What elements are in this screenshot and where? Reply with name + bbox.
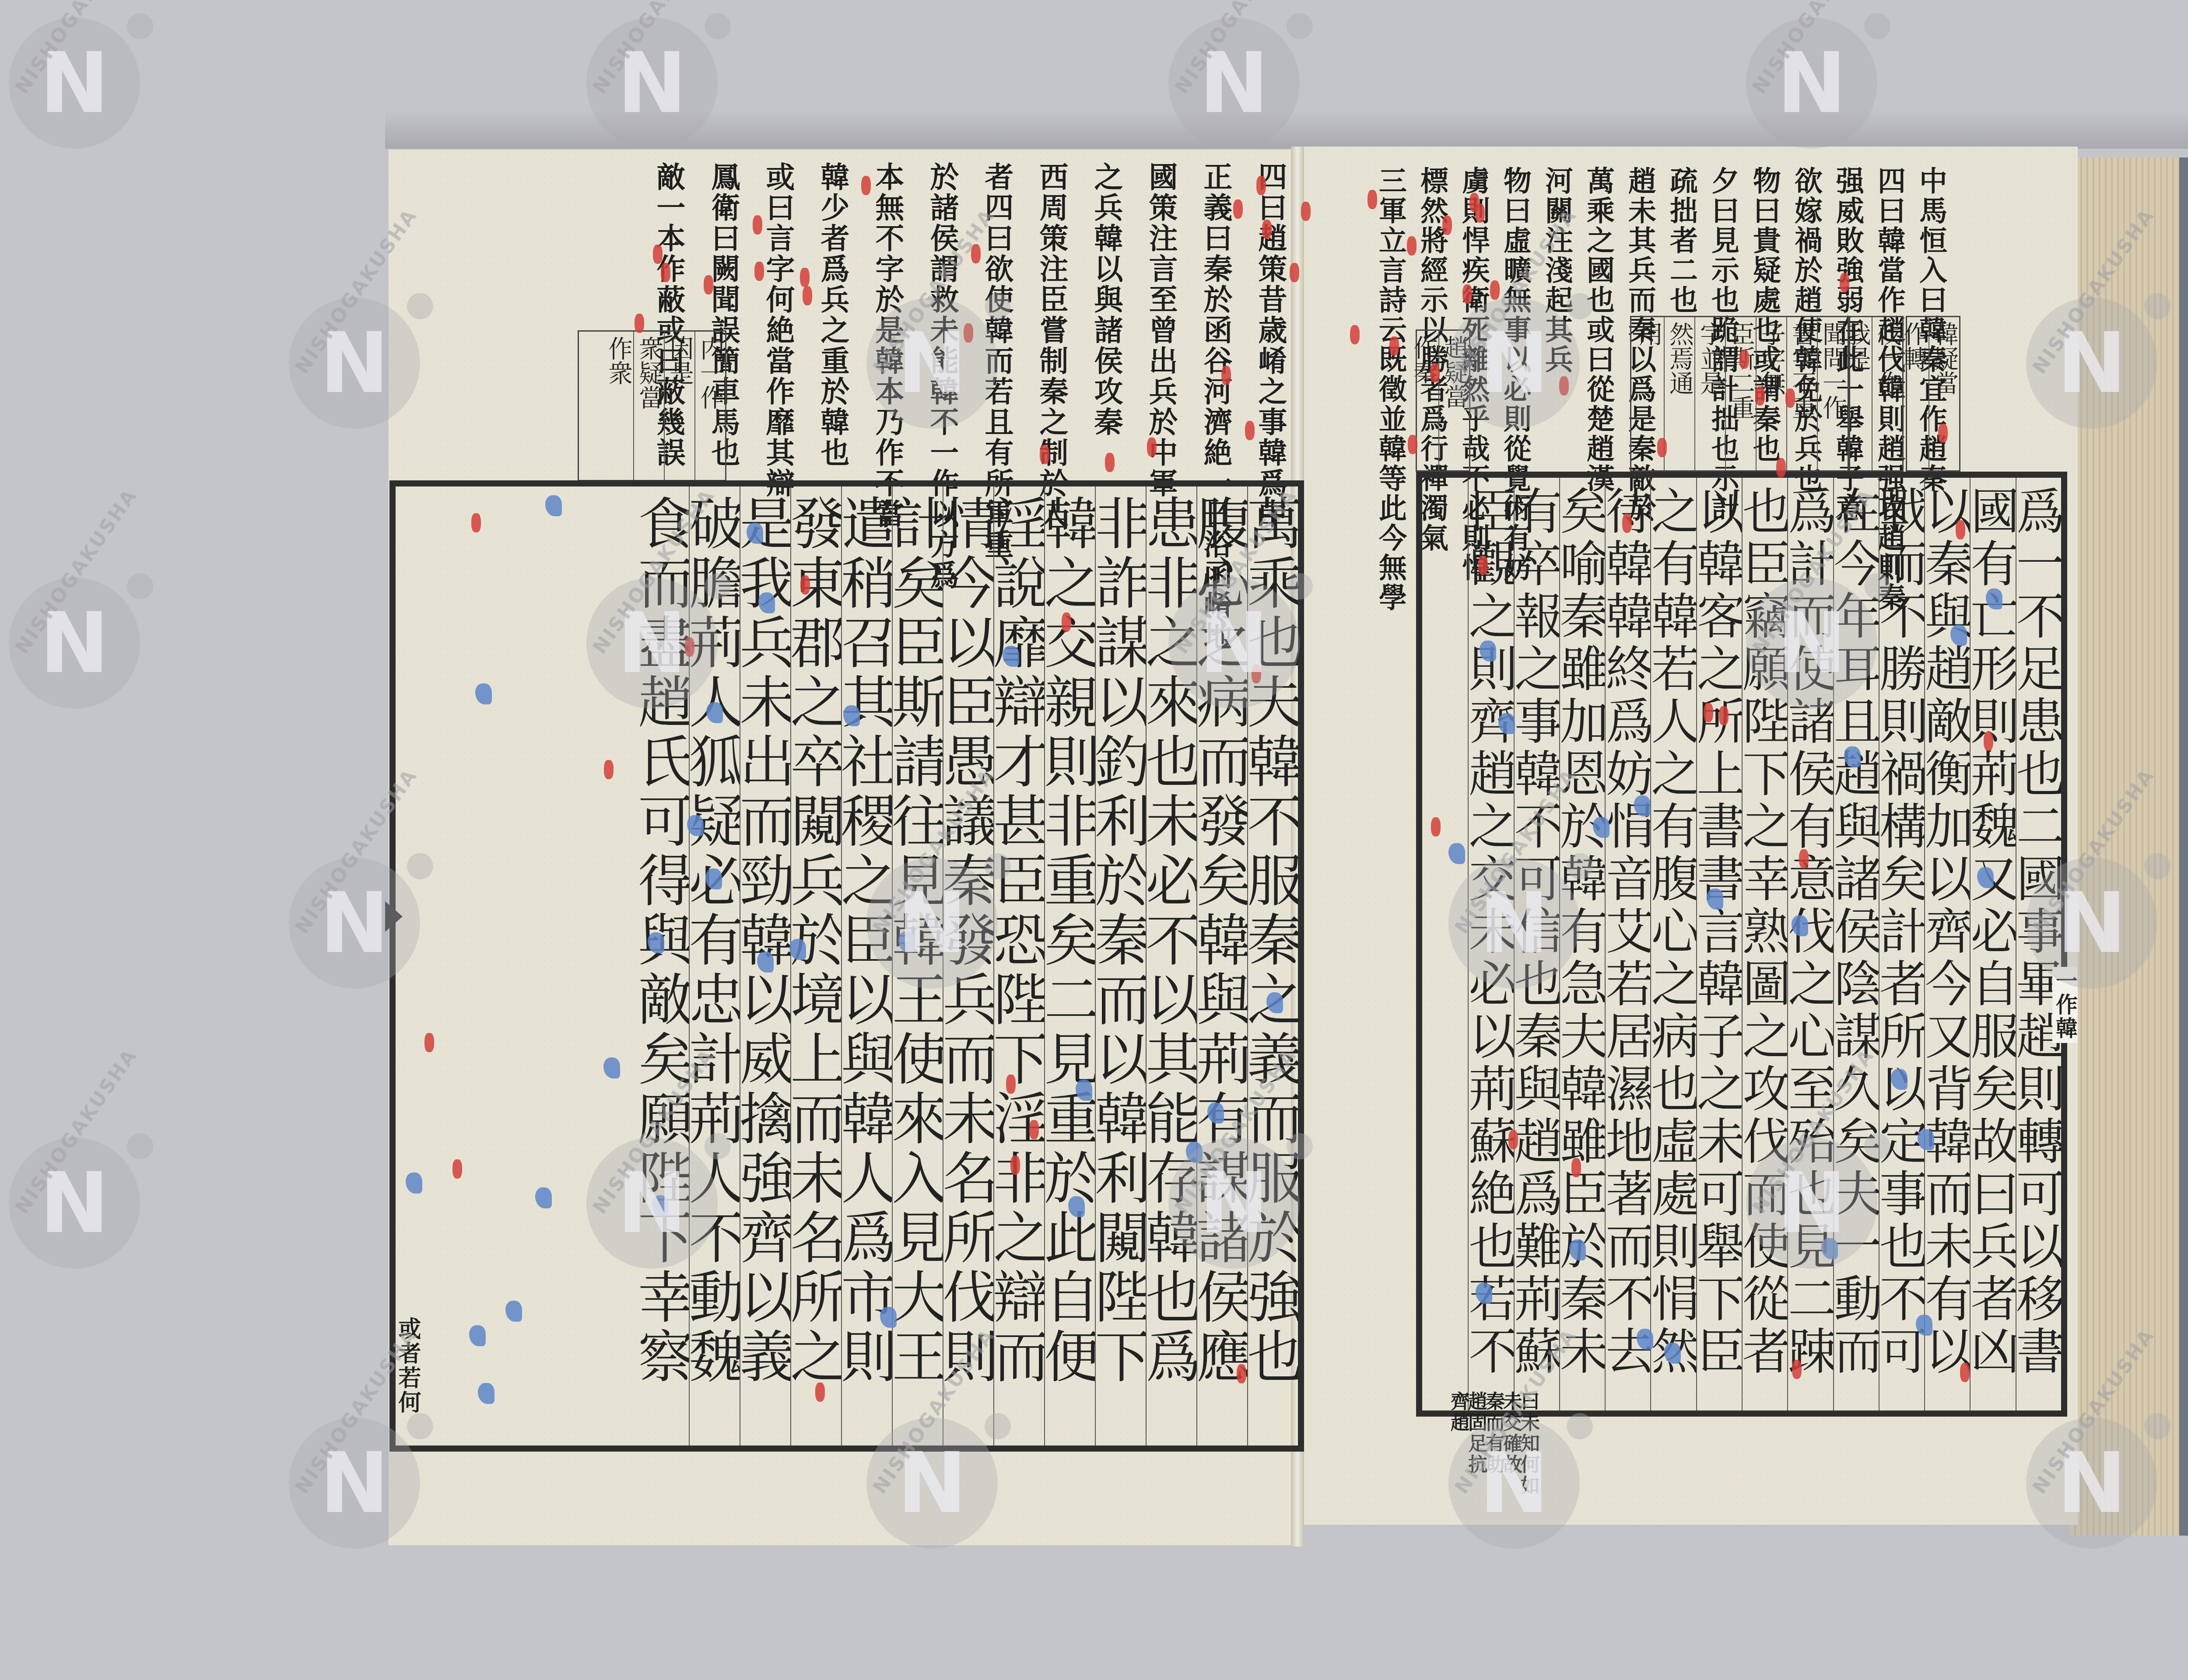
red-punctuation-mark (803, 286, 812, 305)
red-punctuation-mark (1755, 386, 1765, 406)
red-punctuation-mark (1960, 1363, 1970, 1382)
red-punctuation-mark (971, 244, 981, 263)
boxed-note-col: 我是 (1842, 317, 1872, 470)
red-punctuation-mark (815, 1382, 825, 1402)
text-column: 非詐謀以釣利於秦而以韓利闚陛下闚陛下以求韓利夫秦 (1095, 486, 1146, 1445)
watermark-n-glyph: N (319, 315, 389, 412)
watermark-text: NISHOGAKUSHA (11, 0, 142, 98)
watermark-dot (127, 573, 153, 599)
red-punctuation-mark (661, 263, 670, 282)
blue-punctuation-mark (1792, 915, 1808, 936)
watermark-dot (127, 1133, 153, 1159)
red-punctuation-mark (1622, 514, 1632, 533)
blue-punctuation-mark (505, 1301, 522, 1322)
red-punctuation-mark (1029, 1120, 1039, 1139)
boxed-note-col: 内一作 (694, 332, 725, 480)
header-note-column: 四曰趙策昔歳崤之事韓爲中 (1256, 162, 1285, 529)
book-top-shadow (385, 109, 2188, 149)
red-punctuation-mark (1237, 1364, 1246, 1383)
text-column: 矣喻秦雖加恩於韓有急夫韓雖臣於秦未嘗不爲秦病今若 (1559, 478, 1605, 1410)
red-punctuation-mark (1719, 706, 1729, 725)
left-text-frame: 萬乘也夫韓不服秦之義而服於強也今專於齊趙則韓必爲 腹心之病而發矣韓與荊有謀諸侯應… (389, 480, 1304, 1452)
red-punctuation-mark (1442, 216, 1452, 235)
text-column: 患非之來也未必不以其能存韓也爲重於韓也辯說屬辭飾 (1146, 486, 1196, 1445)
red-punctuation-mark (1367, 190, 1377, 209)
red-punctuation-mark (1704, 703, 1713, 722)
side-tab-note: 一作韓 (2052, 967, 2078, 1043)
text-column: 淫說靡辯才甚臣恐陛下淫非之辯而聽其盜心因不詳察事 (993, 486, 1044, 1445)
red-punctuation-mark (1776, 458, 1786, 477)
right-boxed-note: 趙疑當 作秦 (1416, 329, 1470, 472)
right-boxed-note: 伐一作 我是 (1849, 316, 1904, 472)
header-note-column: 韓少者爲兵之重於韓也 (818, 162, 847, 468)
header-note-column: 疏拙者二也 (1667, 166, 1695, 315)
watermark-logo: NNISHOGAKUSHA (9, 17, 140, 149)
watermark-text: NISHOGAKUSHA (11, 484, 142, 658)
header-note-column: 河關注淺起其兵 (1543, 166, 1571, 374)
red-punctuation-mark (861, 176, 871, 195)
watermark-n-glyph: N (39, 595, 109, 692)
red-punctuation-mark (1430, 363, 1440, 382)
text-column: 計矣臣斯請往見韓王使來入見大王見因內其身而勿 (892, 486, 943, 1445)
red-punctuation-mark (1559, 376, 1569, 395)
red-punctuation-mark (685, 637, 694, 657)
boxed-note-col: 伐一作 (1872, 317, 1902, 470)
red-punctuation-mark (635, 314, 644, 333)
red-punctuation-mark (452, 1159, 462, 1179)
boxed-note-col: 作轉 (1899, 317, 1929, 470)
watermark-text: NISHOGAKUSHA (1748, 0, 1879, 98)
text-column: 之有韓若人之有腹心之病也虛處則悁然若居濕地著而不去以極走則發矣 (1650, 478, 1696, 1410)
book-fore-edge (2070, 157, 2188, 1536)
watermark-dot (127, 13, 153, 39)
watermark-n-glyph: N (319, 1435, 389, 1532)
boxed-note-col: 作衆 (603, 332, 633, 480)
red-punctuation-mark (1290, 263, 1299, 282)
text-column: 腹心之病而發矣韓與荊有謀諸侯應之則秦必復見崤塞之 (1196, 486, 1247, 1445)
text-column: 以韓客之所上書書言韓子之未可舉下臣斯甚以爲不然秦 (1696, 478, 1742, 1410)
red-punctuation-mark (753, 215, 762, 234)
boxed-note-col: 趙疑當 (1438, 331, 1469, 470)
red-punctuation-mark (1462, 284, 1472, 304)
watermark-n-glyph: N (319, 875, 389, 972)
blue-punctuation-mark (1891, 1069, 1907, 1090)
text-column: 爲計而使諸侯有意伐之心至殆也見二踈非所以強於諸侯 (1787, 478, 1833, 1410)
watermark-n-glyph: N (39, 35, 109, 132)
header-note-column: 或曰言字何絶當作靡其辯 (764, 162, 792, 499)
red-punctuation-mark (1040, 445, 1049, 464)
header-note-column: 三軍立言詩云既徵並韓等此今無學 (1376, 166, 1404, 612)
red-punctuation-mark (1147, 437, 1157, 457)
left-boxed-note: 内一作 因是 衆疑當 作衆 (578, 330, 726, 481)
red-punctuation-mark (1785, 388, 1795, 408)
header-note-column: 本無不字於是韓本乃作不當 (873, 162, 902, 529)
page-tab-marker (385, 901, 403, 932)
watermark-dot (1864, 13, 1890, 39)
text-column: 戰而不勝則禍構矣計者所以定事也不可不察也韓秦強弱 (1879, 478, 1924, 1410)
boxed-note-col: 衆疑當 (633, 332, 664, 480)
red-punctuation-mark (1245, 421, 1255, 440)
text-column: 以秦與趙敵衡加以齊今又背韓而未有以堅荊魏之心夫一 (1924, 478, 1970, 1410)
text-column: 在今年耳且趙與諸侯陰謀久矣夫一動而弱於諸侯危事也 (1833, 478, 1879, 1410)
red-punctuation-mark (1105, 453, 1115, 472)
watermark-text: NISHOGAKUSHA (11, 1044, 142, 1218)
red-punctuation-mark (1984, 731, 1993, 751)
right-boxed-note: 韓疑當 作轉 (1906, 316, 1960, 472)
red-punctuation-mark (1233, 199, 1243, 219)
blue-punctuation-mark (1569, 1239, 1586, 1260)
red-punctuation-mark (653, 245, 663, 264)
blue-punctuation-mark (469, 1325, 486, 1346)
text-column: 爲一不足患也二國事畢趙則轉可以移書定也是我一舉二 (2016, 478, 2061, 1410)
red-punctuation-mark (1956, 520, 1965, 539)
text-column: 臣觀之則齊趙之交未必以荊蘇絶也若不絶是悉趙而應二 (1468, 478, 1513, 1410)
red-punctuation-mark (964, 323, 973, 343)
red-punctuation-mark (704, 275, 713, 294)
right-text-frame: 爲一不足患也二國事畢趙則轉可以移書定也是我一舉二 國有亡形則荊魏又必自服矣故曰兵… (1416, 472, 2067, 1417)
red-punctuation-mark (1262, 220, 1272, 239)
red-punctuation-mark (471, 513, 481, 532)
red-punctuation-mark (1657, 438, 1667, 457)
text-column: 有卒報之事韓不可信也秦與趙爲難荊蘇使齊未知何如以 (1514, 478, 1559, 1410)
boxed-note-col: 臣斯二重 (1725, 317, 1756, 470)
red-punctuation-mark (800, 575, 810, 595)
red-punctuation-mark (1792, 1360, 1802, 1379)
boxed-note-col: 因是 (664, 332, 694, 480)
red-punctuation-mark (1350, 325, 1360, 344)
text-column (1422, 478, 1468, 1410)
red-punctuation-mark (1389, 336, 1399, 356)
watermark-dot (1287, 13, 1313, 39)
red-punctuation-mark (1407, 236, 1417, 255)
watermark-logo: NNISHOGAKUSHA (9, 577, 140, 709)
red-punctuation-mark (1799, 849, 1809, 868)
red-punctuation-mark (604, 760, 614, 779)
red-punctuation-mark (754, 262, 764, 281)
red-punctuation-mark (1010, 1155, 1020, 1175)
blue-punctuation-mark (478, 1383, 494, 1404)
watermark-text: NISHOGAKUSHA (589, 0, 719, 98)
text-column: 食而盡趙氏可得與敵矣願陛下幸察愚臣之計無忽秦遂遣 (638, 486, 689, 1445)
red-punctuation-mark (1062, 612, 1071, 632)
watermark-dot (705, 13, 731, 39)
red-punctuation-mark (1508, 1130, 1518, 1149)
red-punctuation-mark (1469, 193, 1479, 212)
watermark-logo: NNISHOGAKUSHA (9, 1137, 140, 1269)
text-column: 發東郡之卒闚兵於境上而未名所之則齊人懼而從蘇之計 (790, 486, 841, 1445)
red-punctuation-mark (1490, 280, 1500, 300)
text-column: 遣稍召其社稷之臣以與韓人爲市則韓可深割也因令象武 (841, 486, 892, 1445)
text-column: 情今以臣愚議秦發兵而未名所伐則韓之用事者以事秦爲 (943, 486, 993, 1445)
red-punctuation-mark (424, 1033, 434, 1052)
red-punctuation-mark (1006, 1074, 1016, 1094)
watermark-n-glyph: N (39, 1155, 109, 1252)
red-punctuation-mark (1840, 273, 1849, 292)
text-column: 也臣竊願陛下之幸熟圖之攻伐而使從者聞焉不可悔也詔 (1742, 478, 1787, 1410)
text-column: 待韓韓終爲妨悁音艾若居濕地著而不去以極走則發矣 (1605, 478, 1650, 1410)
red-punctuation-mark (1301, 202, 1311, 221)
bottom-note-column: 曰未知何如 (1518, 1391, 1538, 1496)
red-punctuation-mark (1431, 817, 1441, 836)
boxed-note-col: 字並是 (1694, 317, 1725, 470)
text-column: 國有亡形則荊魏又必自服矣故曰兵者凶器也不可不審用也 (1970, 478, 2015, 1410)
red-punctuation-mark (1256, 176, 1266, 195)
red-punctuation-mark (1252, 664, 1261, 683)
red-punctuation-mark (1408, 435, 1417, 454)
watermark-text: NISHOGAKUSHA (1171, 0, 1301, 98)
red-punctuation-mark (800, 268, 810, 287)
header-note-column: 之兵韓以與諸侯攻秦 (1092, 162, 1121, 437)
red-punctuation-mark (1938, 423, 1948, 443)
blue-punctuation-mark (652, 1195, 669, 1216)
red-punctuation-mark (1739, 350, 1749, 369)
left-bottom-note: 或者若何 (396, 1317, 419, 1415)
red-punctuation-mark (1478, 556, 1488, 575)
blue-punctuation-mark (1593, 817, 1609, 838)
header-note-column: 萬乘之國也或曰從楚趙漢 (1584, 166, 1612, 493)
boxed-note-col: 然焉通 (1664, 317, 1694, 470)
blue-punctuation-mark (1266, 992, 1283, 1013)
header-note-column: 西周策注臣嘗制秦之制於人 (1037, 162, 1066, 529)
text-column: 破膽荊人狐疑必有忠計荊人不動魏不足患也則諸侯可蠶 (689, 486, 740, 1445)
blue-punctuation-mark (1707, 889, 1723, 910)
text-column: 萬乘也夫韓不服秦之義而服於強也今專於齊趙則韓必爲 (1247, 486, 1298, 1445)
red-punctuation-mark (1571, 1158, 1581, 1177)
boxed-note-col: 韓疑當 (1929, 317, 1959, 470)
red-punctuation-mark (1221, 366, 1231, 385)
